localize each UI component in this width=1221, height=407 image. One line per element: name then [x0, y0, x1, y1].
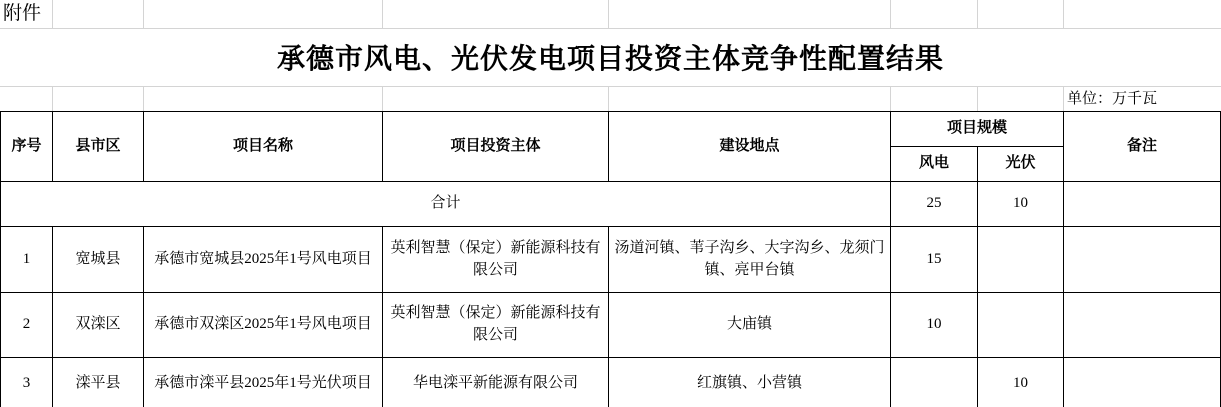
title-row: 承德市风电、光伏发电项目投资主体竞争性配置结果	[0, 28, 1221, 87]
total-solar-cell[interactable]: 10	[978, 182, 1064, 227]
gridline	[977, 0, 978, 28]
header-wind[interactable]: 风电	[891, 147, 978, 182]
gridline	[890, 87, 891, 111]
cell-location[interactable]: 红旗镇、小营镇	[609, 358, 891, 407]
cell-seq[interactable]: 3	[1, 358, 53, 407]
cell-solar[interactable]: 10	[978, 358, 1064, 407]
cell-solar[interactable]	[978, 227, 1064, 293]
gridline	[977, 87, 978, 111]
table-row: 3 滦平县 承德市滦平县2025年1号光伏项目 华电滦平新能源有限公司 红旗镇、…	[1, 358, 1221, 407]
cell-project-name[interactable]: 承德市宽城县2025年1号风电项目	[144, 227, 383, 293]
gridline	[382, 87, 383, 111]
header-investor[interactable]: 项目投资主体	[383, 112, 609, 182]
header-project-name[interactable]: 项目名称	[144, 112, 383, 182]
gridline	[52, 87, 53, 111]
table-row: 1 宽城县 承德市宽城县2025年1号风电项目 英利智慧（保定）新能源科技有限公…	[1, 227, 1221, 293]
attachment-label: 附件	[3, 1, 41, 27]
gridline	[608, 87, 609, 111]
gridline	[143, 0, 144, 28]
gridline	[1063, 87, 1064, 111]
cell-wind[interactable]: 10	[891, 293, 978, 358]
header-scale-group[interactable]: 项目规模	[891, 112, 1064, 147]
cell-remarks[interactable]	[1064, 293, 1221, 358]
cell-location[interactable]: 汤道河镇、苇子沟乡、大字沟乡、龙须门镇、亮甲台镇	[609, 227, 891, 293]
results-table: 序号 县市区 项目名称 项目投资主体 建设地点 项目规模 备注 风电 光伏 合计…	[0, 111, 1221, 407]
gridline	[382, 0, 383, 28]
cell-wind[interactable]	[891, 358, 978, 407]
gridline	[52, 0, 53, 28]
gridline	[890, 0, 891, 28]
cell-county[interactable]: 宽城县	[53, 227, 144, 293]
spreadsheet-canvas: 附件 承德市风电、光伏发电项目投资主体竞争性配置结果 单位：万千瓦 序号 县市区	[0, 0, 1221, 407]
unit-note: 单位：万千瓦	[1067, 88, 1157, 110]
cell-location[interactable]: 大庙镇	[609, 293, 891, 358]
unit-row: 单位：万千瓦	[0, 87, 1221, 111]
gridline	[1063, 0, 1064, 28]
header-remarks[interactable]: 备注	[1064, 112, 1221, 182]
cell-seq[interactable]: 2	[1, 293, 53, 358]
cell-investor[interactable]: 英利智慧（保定）新能源科技有限公司	[383, 227, 609, 293]
cell-wind[interactable]: 15	[891, 227, 978, 293]
header-row-1: 序号 县市区 项目名称 项目投资主体 建设地点 项目规模 备注	[1, 112, 1221, 147]
cell-investor[interactable]: 英利智慧（保定）新能源科技有限公司	[383, 293, 609, 358]
cell-county[interactable]: 滦平县	[53, 358, 144, 407]
cell-project-name[interactable]: 承德市滦平县2025年1号光伏项目	[144, 358, 383, 407]
header-seq[interactable]: 序号	[1, 112, 53, 182]
top-area: 附件 承德市风电、光伏发电项目投资主体竞争性配置结果 单位：万千瓦	[0, 0, 1221, 111]
header-location[interactable]: 建设地点	[609, 112, 891, 182]
total-wind-cell[interactable]: 25	[891, 182, 978, 227]
cell-seq[interactable]: 1	[1, 227, 53, 293]
total-remarks-cell[interactable]	[1064, 182, 1221, 227]
cell-county[interactable]: 双滦区	[53, 293, 144, 358]
page-title: 承德市风电、光伏发电项目投资主体竞争性配置结果	[277, 37, 944, 77]
header-county[interactable]: 县市区	[53, 112, 144, 182]
cell-solar[interactable]	[978, 293, 1064, 358]
cell-remarks[interactable]	[1064, 358, 1221, 407]
gridline	[608, 0, 609, 28]
total-label-cell[interactable]: 合计	[1, 182, 891, 227]
attachment-row: 附件	[0, 0, 1221, 29]
cell-project-name[interactable]: 承德市双滦区2025年1号风电项目	[144, 293, 383, 358]
table-row: 2 双滦区 承德市双滦区2025年1号风电项目 英利智慧（保定）新能源科技有限公…	[1, 293, 1221, 358]
cell-investor[interactable]: 华电滦平新能源有限公司	[383, 358, 609, 407]
gridline	[143, 87, 144, 111]
cell-remarks[interactable]	[1064, 227, 1221, 293]
total-row: 合计 25 10	[1, 182, 1221, 227]
header-solar[interactable]: 光伏	[978, 147, 1064, 182]
